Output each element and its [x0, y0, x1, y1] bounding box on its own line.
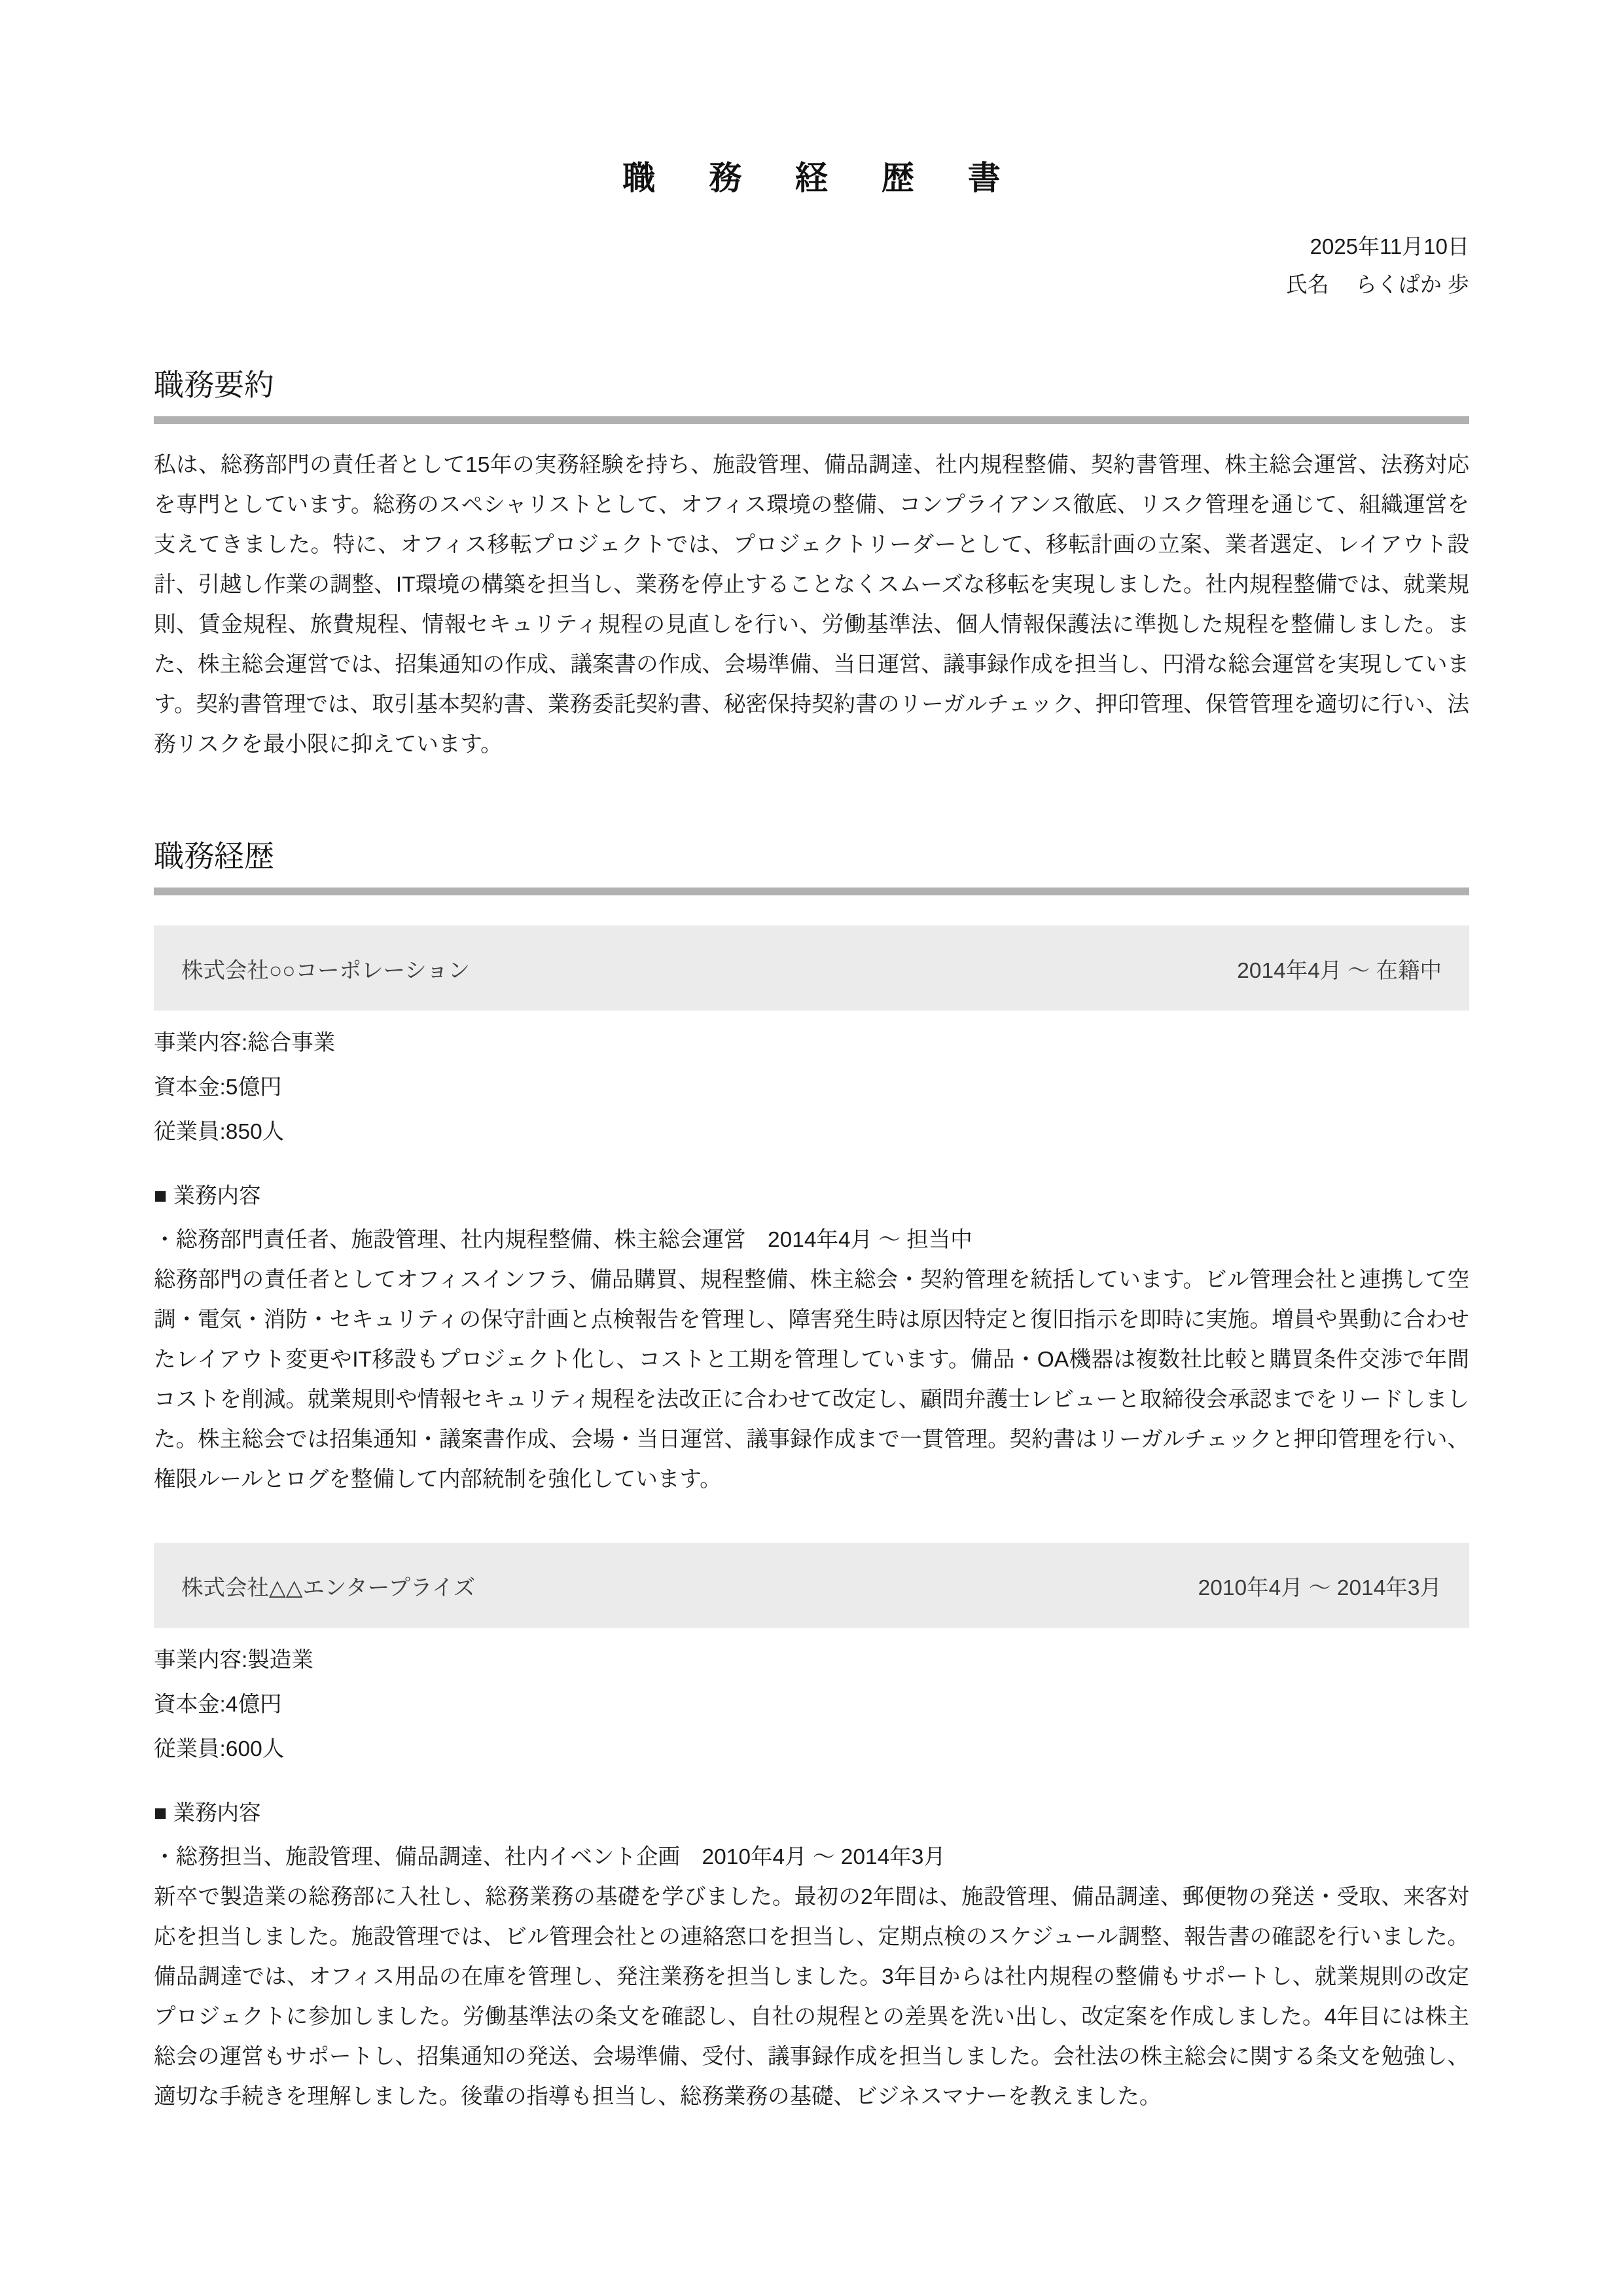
duties-block: ・総務部門責任者、施設管理、社内規程整備、株主総会運営 2014年4月 〜 担当…: [154, 1220, 1469, 1499]
document-meta: 2025年11月10日 氏名らくぱか 歩: [154, 228, 1469, 304]
company-details: 事業内容:製造業 資本金:4億円 従業員:600人: [154, 1638, 1469, 1772]
role-line: ・総務部門責任者、施設管理、社内規程整備、株主総会運営 2014年4月 〜 担当…: [154, 1220, 1469, 1260]
company-header: 株式会社○○コーポレーション 2014年4月 〜 在籍中: [154, 925, 1469, 1011]
company-employees: 従業員:850人: [154, 1110, 1469, 1155]
company-period: 2010年4月 〜 2014年3月: [1198, 1570, 1442, 1602]
role-line: ・総務担当、施設管理、備品調達、社内イベント企画 2010年4月 〜 2014年…: [154, 1837, 1469, 1877]
summary-body: 私は、総務部門の責任者として15年の実務経験を持ち、施設管理、備品調達、社内規程…: [154, 445, 1469, 764]
section-divider: [154, 888, 1469, 895]
company-details: 事業内容:総合事業 資本金:5億円 従業員:850人: [154, 1021, 1469, 1155]
history-heading-wrap: 職務経歴: [154, 833, 1469, 895]
company-period: 2014年4月 〜 在籍中: [1237, 952, 1442, 984]
page-content: 職 務 経 歴 書 2025年11月10日 氏名らくぱか 歩 職務要約 私は、総…: [0, 0, 1623, 2117]
applicant-name: らくぱか 歩: [1355, 272, 1469, 296]
company-description: 新卒で製造業の総務部に入社し、総務業務の基礎を学びました。最初の2年間は、施設管…: [154, 1877, 1469, 2117]
company-employees: 従業員:600人: [154, 1727, 1469, 1772]
duties-heading: ■ 業務内容: [154, 1174, 1469, 1219]
document-date: 2025年11月10日: [154, 228, 1469, 266]
summary-heading: 職務要約: [154, 361, 1469, 404]
summary-heading-wrap: 職務要約: [154, 361, 1469, 424]
company-name: 株式会社△△エンタープライズ: [181, 1570, 475, 1602]
company-description: 総務部門の責任者としてオフィスインフラ、備品購買、規程整備、株主総会・契約管理を…: [154, 1260, 1469, 1499]
section-divider: [154, 416, 1469, 424]
summary-section: 職務要約 私は、総務部門の責任者として15年の実務経験を持ち、施設管理、備品調達…: [154, 361, 1469, 764]
duties-heading: ■ 業務内容: [154, 1791, 1469, 1836]
resume-page: 職 務 経 歴 書 2025年11月10日 氏名らくぱか 歩 職務要約 私は、総…: [0, 0, 1623, 2296]
document-title: 職 務 経 歴 書: [154, 0, 1469, 199]
company-capital: 資本金:5億円: [154, 1066, 1469, 1110]
company-business: 事業内容:製造業: [154, 1638, 1469, 1683]
company-header: 株式会社△△エンタープライズ 2010年4月 〜 2014年3月: [154, 1543, 1469, 1628]
company-business: 事業内容:総合事業: [154, 1021, 1469, 1066]
duties-block: ・総務担当、施設管理、備品調達、社内イベント企画 2010年4月 〜 2014年…: [154, 1837, 1469, 2117]
name-label: 氏名: [1286, 272, 1329, 296]
company-name: 株式会社○○コーポレーション: [181, 952, 470, 984]
applicant-name-line: 氏名らくぱか 歩: [154, 266, 1469, 304]
history-heading: 職務経歴: [154, 833, 1469, 876]
company-capital: 資本金:4億円: [154, 1683, 1469, 1727]
history-section: 職務経歴 株式会社○○コーポレーション 2014年4月 〜 在籍中 事業内容:総…: [154, 833, 1469, 2117]
